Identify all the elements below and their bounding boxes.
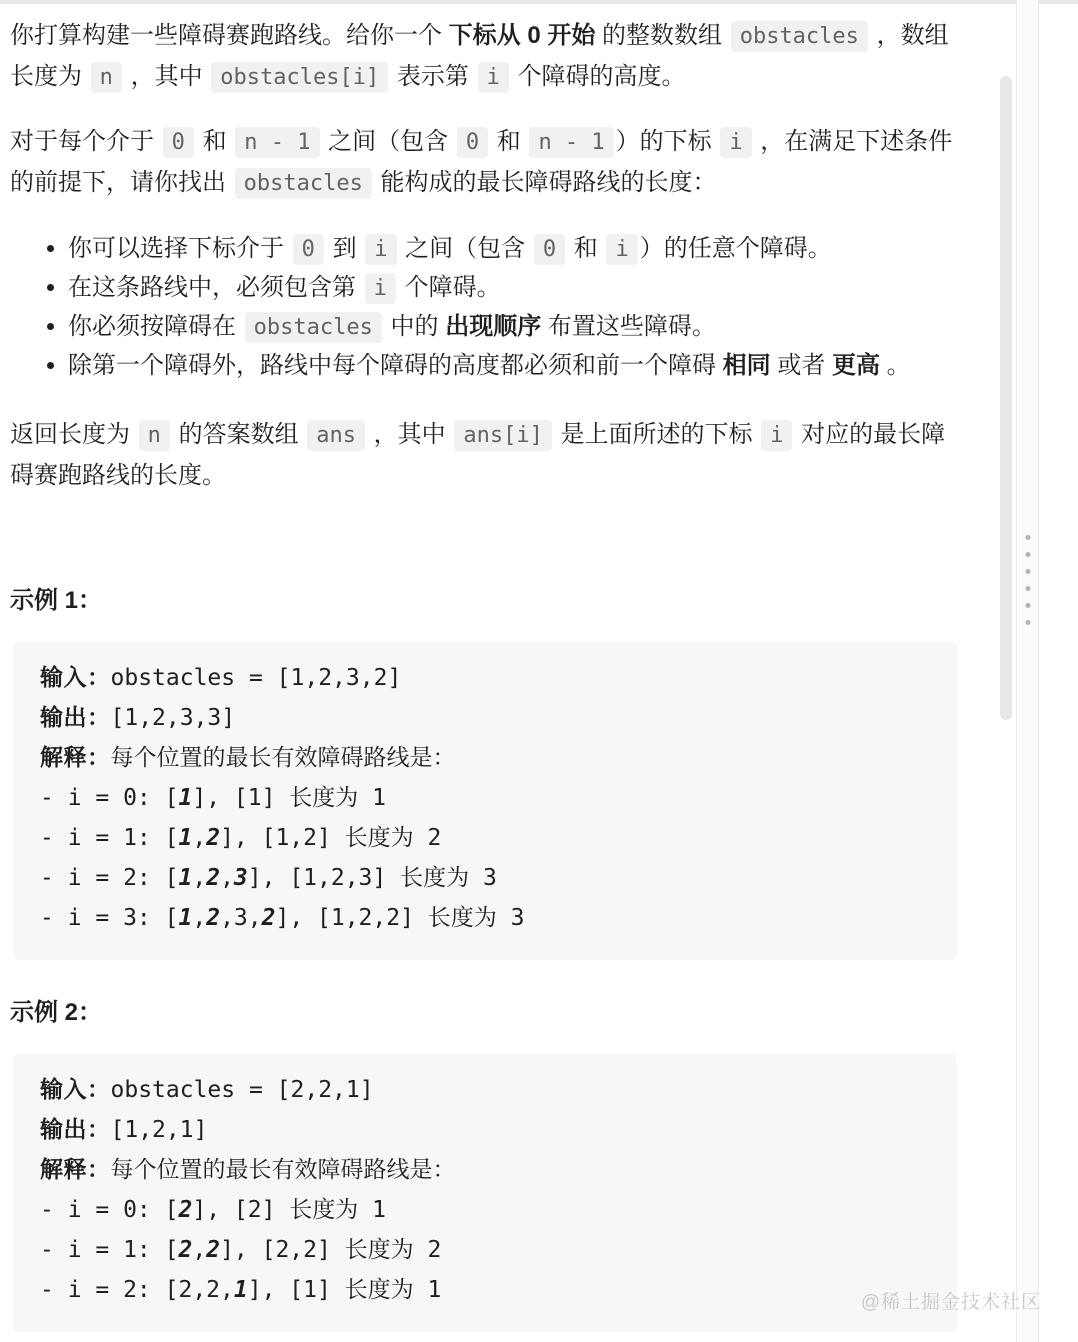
inline-code: 0 <box>534 234 565 265</box>
scrollbar-thumb[interactable] <box>1000 76 1012 720</box>
inline-code: n <box>91 62 122 93</box>
inline-code: n - 1 <box>529 127 613 158</box>
rule-item: 除第一个障碍外，路线中每个障碍的高度都必须和前一个障碍 相同 或者 更高 。 <box>68 347 958 385</box>
bold-italic-number: 2 <box>178 1237 192 1263</box>
bold-italic-number: 1 <box>178 825 192 851</box>
example-1-heading: 示例 1： <box>10 586 958 615</box>
rules-list: 你可以选择下标介于 0 到 i 之间（包含 0 和 i）的任意个障碍。在这条路线… <box>10 230 958 385</box>
example-1-block: 输入：obstacles = [1,2,3,2]输出：[1,2,3,3]解释：每… <box>13 642 957 960</box>
inline-code: i <box>720 127 751 158</box>
inline-code: i <box>365 273 396 304</box>
rule-item: 你可以选择下标介于 0 到 i 之间（包含 0 和 i）的任意个障碍。 <box>68 230 958 269</box>
inline-code: obstacles <box>245 312 382 343</box>
intro-paragraph: 你打算构建一些障碍赛跑路线。给你一个 下标从 0 开始 的整数数组 obstac… <box>10 16 958 98</box>
bold-italic-number: 1 <box>234 1277 248 1303</box>
bold-italic-number: 2 <box>206 1237 220 1263</box>
inline-code: ans <box>307 420 365 451</box>
rule-item: 你必须按障碍在 obstacles 中的 出现顺序 布置这些障碍。 <box>68 308 958 347</box>
return-paragraph: 返回长度为 n 的答案数组 ans ，其中 ans[i] 是上面所述的下标 i … <box>10 415 958 496</box>
bold-italic-number: 2 <box>262 905 276 931</box>
rule-item: 在这条路线中，必须包含第 i 个障碍。 <box>68 269 958 308</box>
example-line: 输入：obstacles = [1,2,3,2] <box>40 658 933 698</box>
bold-text: 相同 <box>723 352 771 379</box>
section-spacer <box>10 520 958 548</box>
bold-italic-number: 2 <box>206 825 220 851</box>
bold-text: 输出： <box>40 705 111 731</box>
bold-text: 解释： <box>40 1157 111 1183</box>
bold-italic-number: 1 <box>178 865 192 891</box>
example-line: - i = 0: [2], [2] 长度为 1 <box>40 1190 933 1230</box>
bold-text: 下标从 0 开始 <box>449 22 596 49</box>
example-line: - i = 1: [1,2], [1,2] 长度为 2 <box>40 818 933 858</box>
example-line: - i = 2: [2,2,1], [1] 长度为 1 <box>40 1270 933 1310</box>
problem-description-page: 你打算构建一些障碍赛跑路线。给你一个 下标从 0 开始 的整数数组 obstac… <box>0 0 1078 1342</box>
bold-italic-number: 2 <box>206 905 220 931</box>
bold-text: 解释： <box>40 745 111 771</box>
bold-text: 更高 <box>832 352 880 379</box>
example-line: 输入：obstacles = [2,2,1] <box>40 1070 933 1110</box>
task-paragraph: 对于每个介于 0 和 n - 1 之间（包含 0 和 n - 1）的下标 i ，… <box>10 122 958 204</box>
example-line: - i = 1: [2,2], [2,2] 长度为 2 <box>40 1230 933 1270</box>
example-line: 输出：[1,2,3,3] <box>40 698 933 738</box>
inline-code: i <box>761 420 792 451</box>
bold-italic-number: 3 <box>234 865 248 891</box>
bold-text: 输入： <box>40 1077 111 1103</box>
inline-code: 0 <box>293 234 324 265</box>
inline-code: i <box>478 62 509 93</box>
inline-code: obstacles[i] <box>211 62 388 93</box>
example-line: 输出：[1,2,1] <box>40 1110 933 1150</box>
example-line: - i = 0: [1], [1] 长度为 1 <box>40 778 933 818</box>
bold-italic-number: 1 <box>178 905 192 931</box>
example-2-heading: 示例 2： <box>10 998 958 1027</box>
bold-italic-number: 2 <box>178 1197 192 1223</box>
bold-text: 出现顺序 <box>445 313 541 340</box>
problem-content: 你打算构建一些障碍赛跑路线。给你一个 下标从 0 开始 的整数数组 obstac… <box>10 4 958 1332</box>
inline-code: obstacles <box>235 168 372 199</box>
panel-resize-divider[interactable] <box>1016 0 1039 1342</box>
drag-handle-dots-icon <box>1025 535 1030 625</box>
example-line: 解释：每个位置的最长有效障碍路线是： <box>40 738 933 778</box>
example-line: 解释：每个位置的最长有效障碍路线是： <box>40 1150 933 1190</box>
inline-code: 0 <box>457 127 488 158</box>
inline-code: ans[i] <box>454 420 551 451</box>
inline-code: i <box>365 234 396 265</box>
inline-code: n <box>139 420 170 451</box>
bold-italic-number: 1 <box>178 785 192 811</box>
watermark: @稀土掘金技术社区 <box>861 1287 1041 1314</box>
example-line: - i = 2: [1,2,3], [1,2,3] 长度为 3 <box>40 858 933 898</box>
bold-text: 输入： <box>40 665 111 691</box>
inline-code: obstacles <box>731 21 868 52</box>
example-line: - i = 3: [1,2,3,2], [1,2,2] 长度为 3 <box>40 898 933 938</box>
inline-code: i <box>606 234 637 265</box>
example-2-block: 输入：obstacles = [2,2,1]输出：[1,2,1]解释：每个位置的… <box>13 1054 957 1332</box>
bold-italic-number: 2 <box>206 865 220 891</box>
bold-text: 输出： <box>40 1117 111 1143</box>
inline-code: 0 <box>163 127 194 158</box>
inline-code: n - 1 <box>235 127 319 158</box>
